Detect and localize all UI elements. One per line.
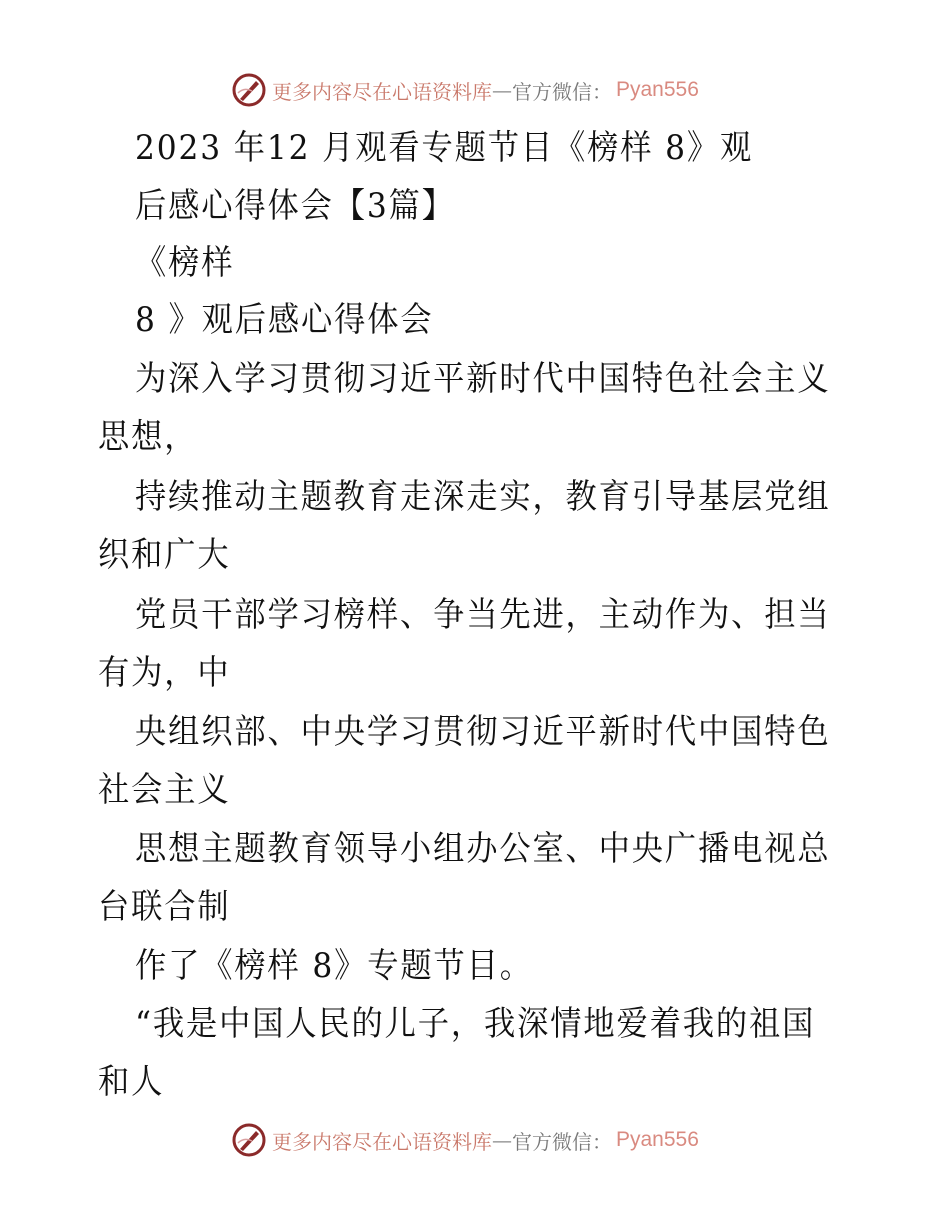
title-line-2: 后感心得体会【3篇】: [135, 186, 455, 226]
paragraph-line: 思想主题教育领导小组办公室、中央广播电视总: [135, 829, 831, 869]
banner-wechat-label: 官方微信：: [512, 1126, 612, 1155]
subtitle-line-1: 《榜样: [135, 243, 234, 283]
banner-text: 更多内容尽在心语资料库: [272, 76, 492, 105]
paragraph-line: 社会主义: [98, 770, 230, 810]
paragraph-line: 党员干部学习榜样、争当先进，主动作为、担当: [135, 595, 831, 635]
footer-banner: 更多内容尽在心语资料库 — 官方微信： Pyan556: [232, 1120, 699, 1160]
paragraph-line: 作了《榜样 8》专题节目。: [135, 946, 533, 986]
title-line-1: 2023 年12 月观看专题节目《榜样 8》观: [135, 128, 753, 168]
paragraph-line: 和人: [98, 1062, 164, 1102]
banner-wechat-id: Pyan556: [616, 1128, 699, 1152]
banner-wechat-label: 官方微信：: [512, 76, 612, 105]
banner-text: 更多内容尽在心语资料库: [272, 1126, 492, 1155]
paragraph-line: “我是中国人民的儿子，我深情地爱着我的祖国: [135, 1004, 815, 1044]
paragraph-line: 央组织部、中央学习贯彻习近平新时代中国特色: [135, 712, 831, 752]
paragraph-line: 为深入学习贯彻习近平新时代中国特色社会主义: [135, 359, 831, 399]
banner-wechat-id: Pyan556: [616, 78, 699, 102]
subtitle-line-2: 8 》观后感心得体会: [135, 300, 433, 340]
quill-pen-logo-icon: [232, 73, 266, 107]
paragraph-line: 思想，: [98, 417, 197, 457]
paragraph-line: 有为，中: [98, 653, 230, 693]
header-banner: 更多内容尽在心语资料库 — 官方微信： Pyan556: [232, 70, 699, 110]
banner-dash: —: [492, 1128, 512, 1152]
paragraph-line: 织和广大: [98, 535, 230, 575]
banner-dash: —: [492, 78, 512, 102]
quill-pen-logo-icon: [232, 1123, 266, 1157]
paragraph-line: 持续推动主题教育走深走实，教育引导基层党组: [135, 477, 831, 517]
paragraph-line: 台联合制: [98, 887, 230, 927]
